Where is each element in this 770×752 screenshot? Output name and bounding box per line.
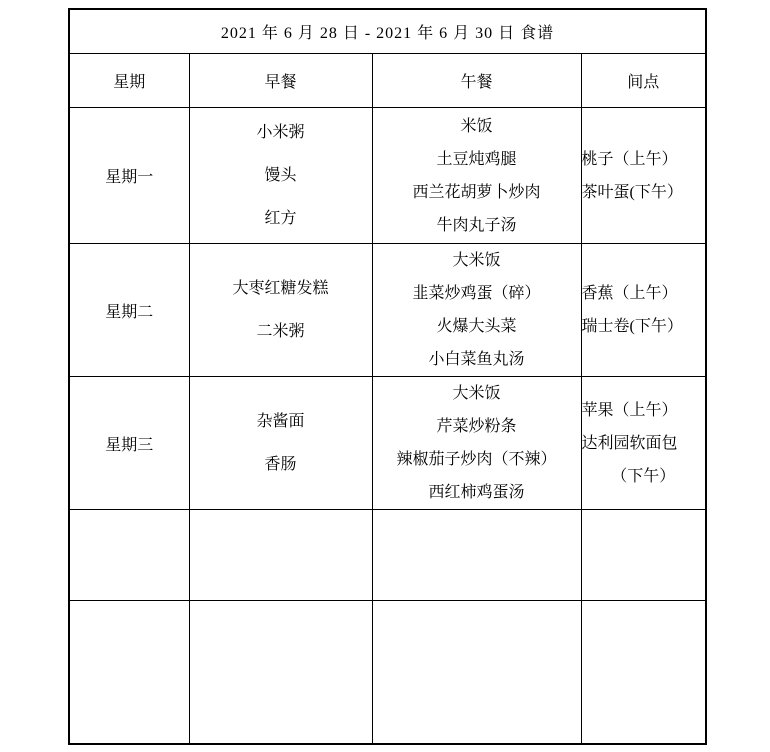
menu-item: 大米饭 <box>373 244 581 277</box>
menu-item: 香肠 <box>190 443 372 486</box>
menu-item: 西红柿鸡蛋汤 <box>373 476 581 509</box>
day-cell: 星期二 <box>69 244 189 377</box>
menu-item: 大米饭 <box>373 377 581 410</box>
day-cell: 星期三 <box>69 377 189 510</box>
menu-item: 牛肉丸子汤 <box>373 209 581 242</box>
header-day: 星期 <box>69 54 189 108</box>
title-row: 2021 年 6 月 28 日 - 2021 年 6 月 30 日 食谱 <box>69 9 706 54</box>
menu-item: 小米粥 <box>190 111 372 154</box>
menu-item: （下午） <box>582 460 706 493</box>
breakfast-cell: 大枣红糖发糕 二米粥 <box>189 244 372 377</box>
menu-item: 辣椒茄子炒肉（不辣） <box>373 443 581 476</box>
menu-item: 芹菜炒粉条 <box>373 410 581 443</box>
menu-item: 茶叶蛋(下午） <box>582 176 706 209</box>
header-snack: 间点 <box>581 54 706 108</box>
header-lunch: 午餐 <box>372 54 581 108</box>
menu-item: 苹果（上午） <box>582 394 706 427</box>
menu-item: 二米粥 <box>190 310 372 353</box>
menu-item: 火爆大头菜 <box>373 310 581 343</box>
menu-item: 达利园软面包 <box>582 427 706 460</box>
lunch-cell: 大米饭 韭菜炒鸡蛋（碎） 火爆大头菜 小白菜鱼丸汤 <box>372 244 581 377</box>
empty-cell <box>372 510 581 601</box>
breakfast-cell: 杂酱面 香肠 <box>189 377 372 510</box>
row-monday: 星期一 小米粥 馒头 红方 米饭 土豆炖鸡腿 西兰花胡萝卜炒肉 牛肉丸子汤 桃子… <box>69 108 706 244</box>
empty-cell <box>581 601 706 745</box>
menu-item: 土豆炖鸡腿 <box>373 143 581 176</box>
menu-item: 红方 <box>190 197 372 240</box>
menu-item: 西兰花胡萝卜炒肉 <box>373 176 581 209</box>
menu-item: 小白菜鱼丸汤 <box>373 343 581 376</box>
menu-item: 馒头 <box>190 154 372 197</box>
menu-table: 2021 年 6 月 28 日 - 2021 年 6 月 30 日 食谱 星期 … <box>68 8 707 745</box>
lunch-cell: 大米饭 芹菜炒粉条 辣椒茄子炒肉（不辣） 西红柿鸡蛋汤 <box>372 377 581 510</box>
empty-row <box>69 601 706 745</box>
header-row: 星期 早餐 午餐 间点 <box>69 54 706 108</box>
snack-cell: 桃子（上午） 茶叶蛋(下午） <box>581 108 706 244</box>
breakfast-cell: 小米粥 馒头 红方 <box>189 108 372 244</box>
empty-cell <box>69 510 189 601</box>
row-tuesday: 星期二 大枣红糖发糕 二米粥 大米饭 韭菜炒鸡蛋（碎） 火爆大头菜 小白菜鱼丸汤… <box>69 244 706 377</box>
empty-cell <box>69 601 189 745</box>
empty-cell <box>189 510 372 601</box>
lunch-cell: 米饭 土豆炖鸡腿 西兰花胡萝卜炒肉 牛肉丸子汤 <box>372 108 581 244</box>
menu-item: 香蕉（上午） <box>582 277 706 310</box>
day-cell: 星期一 <box>69 108 189 244</box>
menu-item: 杂酱面 <box>190 400 372 443</box>
menu-item: 瑞士卷(下午） <box>582 310 706 343</box>
empty-cell <box>372 601 581 745</box>
table-title: 2021 年 6 月 28 日 - 2021 年 6 月 30 日 食谱 <box>69 9 706 54</box>
snack-cell: 香蕉（上午） 瑞士卷(下午） <box>581 244 706 377</box>
empty-cell <box>581 510 706 601</box>
row-wednesday: 星期三 杂酱面 香肠 大米饭 芹菜炒粉条 辣椒茄子炒肉（不辣） 西红柿鸡蛋汤 苹… <box>69 377 706 510</box>
menu-item: 桃子（上午） <box>582 143 706 176</box>
empty-row <box>69 510 706 601</box>
menu-item: 米饭 <box>373 110 581 143</box>
menu-item: 韭菜炒鸡蛋（碎） <box>373 277 581 310</box>
snack-cell: 苹果（上午） 达利园软面包 （下午） <box>581 377 706 510</box>
header-breakfast: 早餐 <box>189 54 372 108</box>
table-title-text: 2021 年 6 月 28 日 - 2021 年 6 月 30 日 食谱 <box>221 25 554 42</box>
empty-cell <box>189 601 372 745</box>
menu-item: 大枣红糖发糕 <box>190 267 372 310</box>
